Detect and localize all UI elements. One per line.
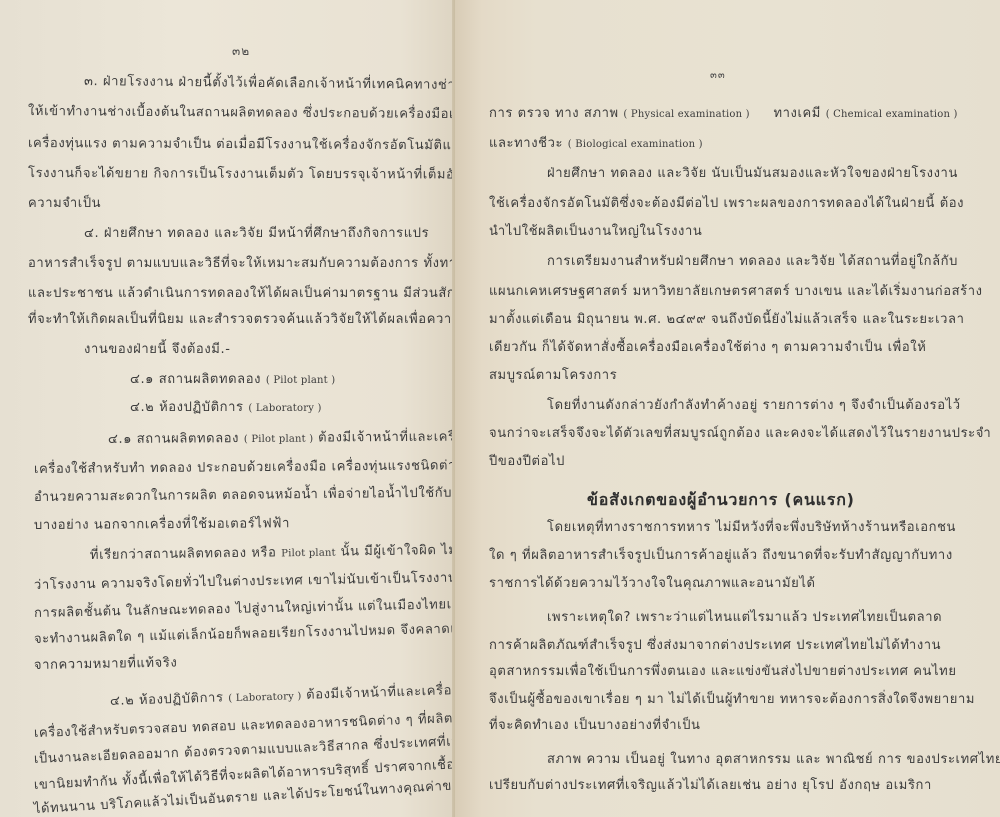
text-line: ที่เรียกว่าสถานผลิตทดลอง หรือ Pilot plan… bbox=[90, 543, 455, 565]
text-line: อุตสาหกรรมเพื่อใช้เป็นการพึ่งตนเอง และแข… bbox=[489, 664, 957, 680]
text-line: และประชาชน แล้วดำเนินการทดลองให้ได้ผลเป็… bbox=[28, 286, 455, 302]
text-line: บางอย่าง นอกจากเครื่องที่ใช้มอเตอร์ไฟฟ้า bbox=[34, 516, 290, 534]
text-line: ที่จะคิดทำเอง เป็นบางอย่างที่จำเป็น bbox=[489, 718, 701, 734]
text-line: จะทำงานผลิตใด ๆ แม้แต่เล็กน้อยก็พลอยเรีย… bbox=[34, 621, 455, 648]
text-line: ใด ๆ ที่ผลิตอาหารสำเร็จรูปเป็นการค้าอยู่… bbox=[489, 548, 953, 564]
text-line: ฝ่ายศึกษา ทดลอง และวิจัย นับเป็นมันสมองแ… bbox=[547, 166, 958, 182]
text-line: โรงงานก็จะได้ขยาย กิจการเป็นโรงงานเต็มตั… bbox=[28, 166, 455, 184]
text-line: ๔.๒ ห้องปฏิบัติการ ( Laboratory ) ต้องมี… bbox=[110, 683, 455, 711]
text-line: ๓. ฝ่ายโรงงาน ฝ่ายนี้ตั้งไว้เพื่อคัดเลือ… bbox=[84, 74, 455, 94]
text-line: การ ตรวจ ทาง สภาพ ( Physical examination… bbox=[489, 106, 958, 123]
text-line: เครื่องทุ่นแรง ตามความจำเป็น ต่อเมื่อมีโ… bbox=[28, 136, 455, 154]
text-line: ความจำเป็น bbox=[28, 196, 101, 212]
text-line: มาตั้งแต่เดือน มิถุนายน พ.ศ. ๒๔๙๙ จนถึงบ… bbox=[489, 312, 965, 328]
text-line: ราชการได้ด้วยความไว้วางใจในคุณภาพและอนาม… bbox=[489, 576, 816, 592]
left-page: ๓๒ ๓. ฝ่ายโรงงาน ฝ่ายนี้ตั้งไว้เพื่อคัดเ… bbox=[0, 0, 455, 817]
text-line: จนกว่าจะเสร็จจึงจะได้ตัวเลขที่สมบูรณ์ถูก… bbox=[489, 426, 991, 442]
text-line: และทางชีวะ ( Biological examination ) bbox=[489, 136, 703, 153]
text-line: อาหารสำเร็จรูป ตามแบบและวิธีที่จะให้เหมา… bbox=[28, 256, 455, 272]
page-number: ๓๒ bbox=[232, 42, 250, 61]
text-line: โดยเหตุที่ทางราชการทหาร ไม่มีหวังที่จะพึ… bbox=[547, 520, 956, 536]
list-item: ๔.๒ ห้องปฏิบัติการ ( Laboratory ) bbox=[130, 400, 322, 417]
text-line: ปีของปีต่อไป bbox=[489, 454, 565, 470]
text-line: สภาพ ความ เป็นอยู่ ในทาง อุตสาหกรรม และ … bbox=[547, 752, 1000, 768]
text-line: จึงเป็นผู้ซื้อของเขาเรื่อย ๆ มา ไม่ได้เป… bbox=[489, 692, 975, 708]
text-line: จากความหมายที่แท้จริง bbox=[34, 655, 178, 673]
page-number: ๓๓ bbox=[710, 68, 726, 83]
text-line: เครื่องใช้สำหรับทำ ทดลอง ประกอบด้วยเครื่… bbox=[34, 458, 455, 478]
text-line: ว่าโรงงาน ความจริงโดยทั่วไปในต่างประเทศ … bbox=[34, 570, 455, 594]
text-line: การเตรียมงานสำหรับฝ่ายศึกษา ทดลอง และวิจ… bbox=[547, 254, 958, 270]
text-line: การค้าผลิตภัณฑ์สำเร็จรูป ซึ่งส่งมาจากต่า… bbox=[489, 638, 941, 654]
section-heading: ข้อสังเกตของผู้อำนวยการ (คนแรก) bbox=[587, 488, 855, 513]
text-line: เดียวกัน ก็ได้จัดหาสั่งซื้อเครื่องมือเคร… bbox=[489, 340, 926, 356]
text-line: อำนวยความสะดวกในการผลิต ตลอดจนหม้อน้ำ เพ… bbox=[34, 485, 455, 506]
text-line: เพราะเหตุใด? เพราะว่าแต่ไหนแต่ไรมาแล้ว ป… bbox=[547, 610, 942, 626]
text-line: ที่จะทำให้เกิดผลเป็นที่นิยม และสำรวจตรวจ… bbox=[28, 312, 455, 328]
text-line: ใช้เครื่องจักรอัตโนมัติซึ่งจะต้องมีต่อไป… bbox=[489, 196, 964, 212]
text-line: งานของฝ่ายนี้ จึงต้องมี.- bbox=[84, 342, 230, 358]
text-line: การผลิตชั้นต้น ในลักษณะทดลอง ไปสู่งานใหญ… bbox=[34, 597, 455, 622]
text-line: สมบูรณ์ตามโครงการ bbox=[489, 368, 617, 384]
text-line: ๔.๑ สถานผลิตทดลอง ( Pilot plant ) ต้องมี… bbox=[108, 429, 455, 449]
text-line: ให้เข้าทำงานช่างเบื้องต้นในสถานผลิตทดลอง… bbox=[28, 104, 455, 123]
text-line: ๔. ฝ่ายศึกษา ทดลอง และวิจัย มีหน้าที่ศึก… bbox=[84, 226, 429, 242]
list-item: ๔.๑ สถานผลิตทดลอง ( Pilot plant ) bbox=[130, 372, 335, 389]
right-page: ๓๓ การ ตรวจ ทาง สภาพ ( Physical examinat… bbox=[455, 0, 1000, 817]
text-line: นำไปใช้ผลิตเป็นงานใหญ่ในโรงงาน bbox=[489, 224, 702, 240]
text-line: เปรียบกับต่างประเทศที่เจริญแล้วไม่ได้เลย… bbox=[489, 778, 932, 794]
text-line: โดยที่งานดังกล่าวยังกำลังทำค้างอยู่ รายก… bbox=[547, 398, 961, 414]
text-line: แผนกเคหเศรษฐศาสตร์ มหาวิทยาลัยเกษตรศาสตร… bbox=[489, 284, 983, 300]
